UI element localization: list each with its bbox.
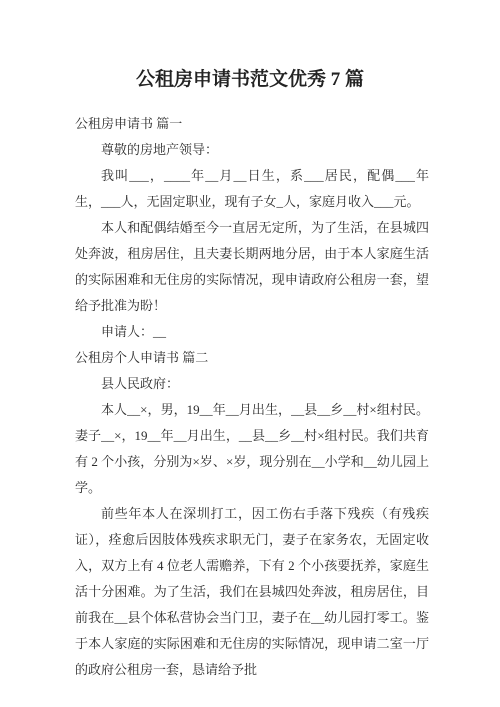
section-essay-1: 公租房申请书 篇一 尊敬的房地产领导： 我叫___，____年__月__日生，系…	[75, 111, 429, 345]
section-2-paragraph-2: 前些年本人在深圳打工，因工伤右手落下残疾（有残疾证），痊愈后因肢体残疾求职无门，…	[75, 501, 429, 683]
section-2-paragraph-1: 本人__×，男，19__年__月出生，__县__乡__村×组村民。妻子__×，1…	[75, 397, 429, 501]
section-1-applicant-signature: 申请人：__	[75, 319, 429, 345]
section-1-paragraph-1: 我叫___，____年__月__日生，系___居民，配偶___年生，___人，无…	[75, 163, 429, 215]
section-1-salutation: 尊敬的房地产领导：	[75, 137, 429, 163]
section-essay-2: 公租房个人申请书 篇二 县人民政府： 本人__×，男，19__年__月出生，__…	[75, 345, 429, 683]
section-2-heading: 公租房个人申请书 篇二	[75, 345, 429, 371]
document-body: 公租房申请书 篇一 尊敬的房地产领导： 我叫___，____年__月__日生，系…	[75, 111, 429, 683]
section-1-heading: 公租房申请书 篇一	[75, 111, 429, 137]
document-page: 公租房申请书范文优秀 7 篇 公租房申请书 篇一 尊敬的房地产领导： 我叫___…	[0, 0, 500, 707]
section-1-paragraph-2: 本人和配偶结婚至今一直居无定所，为了生活，在县城四处奔波，租房居住，且夫妻长期两…	[75, 215, 429, 319]
section-2-salutation: 县人民政府：	[75, 371, 429, 397]
document-title: 公租房申请书范文优秀 7 篇	[0, 66, 500, 94]
